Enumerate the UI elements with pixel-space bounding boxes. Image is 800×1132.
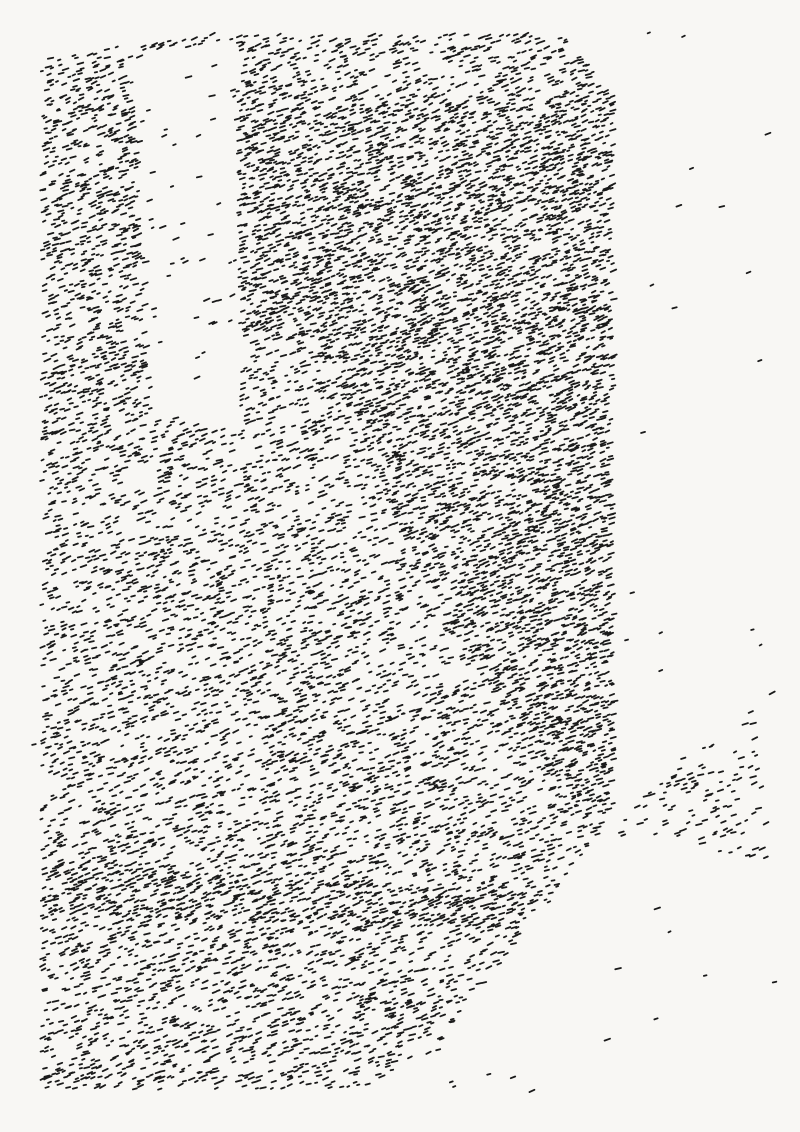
- stipple-artwork: [0, 0, 800, 1132]
- stipple-strokes: [32, 32, 776, 1092]
- artwork-canvas: [0, 0, 800, 1132]
